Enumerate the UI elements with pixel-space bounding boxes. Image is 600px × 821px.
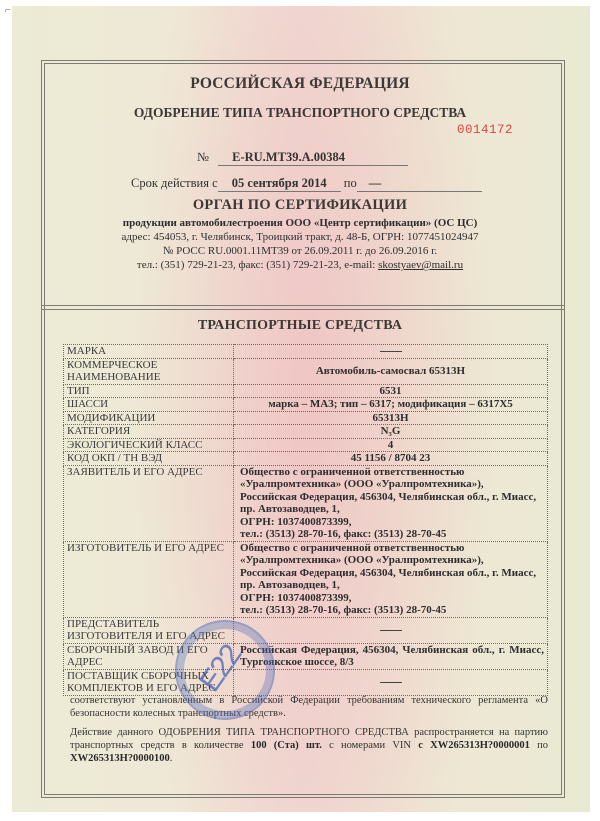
row-label: ПОСТАВЩИК СБОРОЧНЫХ КОМПЛЕКТОВ И ЕГО АДР… [64,669,234,695]
value-line: тел.: (3513) 28-70-16, факс: (3513) 28-7… [240,604,544,617]
empty-dash [380,351,402,352]
table-row: КОММЕРЧЕСКОЕ НАИМЕНОВАНИЕАвтомобиль-само… [64,358,548,384]
row-label: СБОРОЧНЫЙ ЗАВОД И ЕГО АДРЕС [64,643,234,669]
approval-number: E-RU.MT39.A.00384 [218,150,408,166]
table-row: МАРКА [64,345,548,359]
row-value: 45 1156 / 8704 23 [234,452,548,466]
table-row: ПОСТАВЩИК СБОРОЧНЫХ КОМПЛЕКТОВ И ЕГО АДР… [64,669,548,695]
number-label: № [197,150,215,165]
row-label: ЗАЯВИТЕЛЬ И ЕГО АДРЕС [64,465,234,541]
certification-body-title: ОРГАН ПО СЕРТИФИКАЦИИ [0,197,600,214]
value-line: пр. Автозаводцев, 1, [240,579,544,592]
certification-body-accreditation: № РОСС RU.0001.11МТ39 от 26.09.2011 г. д… [0,245,600,258]
value-line: Общество с ограниченной ответственностью [240,542,544,555]
contacts-text: тел.: (351) 729-21-23, факс: (351) 729-2… [137,259,378,271]
table-row: ПРЕДСТАВИТЕЛЬ ИЗГОТОВИТЕЛЯ И ЕГО АДРЕС [64,617,548,643]
row-value: Российская Федерация, 456304, Челябинска… [234,643,548,669]
vehicle-spec-table: МАРКАКОММЕРЧЕСКОЕ НАИМЕНОВАНИЕАвтомобиль… [63,344,548,696]
extent-to: по [530,740,548,751]
row-value: марка – МАЗ; тип – 6317; модификация – 6… [234,398,548,412]
table-row: ТИП6531 [64,384,548,398]
table-row: СБОРОЧНЫЙ ЗАВОД И ЕГО АДРЕСРоссийская Фе… [64,643,548,669]
row-label: КАТЕГОРИЯ [64,425,234,439]
validity-label: Срок действия с [131,176,218,190]
email-link[interactable]: skostyaev@mail.ru [378,259,463,271]
row-value [234,345,548,359]
vehicles-section-title: ТРАНСПОРТНЫЕ СРЕДСТВА [0,318,600,334]
extent-middle: с номерами VIN [322,740,418,751]
certification-body-name: продукции автомобилестроения ООО «Центр … [0,217,600,230]
row-label: ШАССИ [64,398,234,412]
quantity: 100 (Ста) шт. [251,740,322,751]
row-label: МАРКА [64,345,234,359]
row-label: ПРЕДСТАВИТЕЛЬ ИЗГОТОВИТЕЛЯ И ЕГО АДРЕС [64,617,234,643]
conformity-statement: соответствуют установленным в Российской… [70,694,548,720]
table-row: ЭКОЛОГИЧЕСКИЙ КЛАСС4 [64,438,548,452]
table-row: МОДИФИКАЦИИ65313Н [64,411,548,425]
validity-to-label: по [344,176,357,190]
value-line: пр. Автозаводцев, 1, [240,503,544,516]
value-line: ОГРН: 1037400873399, [240,592,544,605]
approval-number-line: № E-RU.MT39.A.00384 [197,150,408,166]
table-row: ЗАЯВИТЕЛЬ И ЕГО АДРЕСОбщество с ограниче… [64,465,548,541]
value-line: Общество с ограниченной ответственностью [240,466,544,479]
empty-dash [380,630,402,631]
row-value: Общество с ограниченной ответственностью… [234,541,548,617]
row-value [234,617,548,643]
row-value: 4 [234,438,548,452]
row-value: 6531 [234,384,548,398]
value-line: «Уралпромтехника» (ООО «Уралпромтехника»… [240,554,544,567]
table-row: КОД ОКП / ТН ВЭД45 1156 / 8704 23 [64,452,548,466]
extent-suffix: . [170,753,173,764]
value-line: ОГРН: 1037400873399, [240,516,544,529]
document-title: ОДОБРЕНИЕ ТИПА ТРАНСПОРТНОГО СРЕДСТВА [0,105,600,121]
row-value: 65313Н [234,411,548,425]
row-value: Автомобиль-самосвал 65313Н [234,358,548,384]
extent-statement: Действие данного ОДОБРЕНИЯ ТИПА ТРАНСПОР… [70,726,548,765]
country-heading: РОССИЙСКАЯ ФЕДЕРАЦИЯ [0,75,600,93]
validity-line: Срок действия с05 сентября 2014 по— [131,176,482,192]
validity-from: 05 сентября 2014 [218,176,341,192]
serial-number: 0014172 [457,123,513,137]
certification-body-address: адрес: 454053, г. Челябинск, Троицкий тр… [0,231,600,244]
vin-from: с XW265313H?0000001 [418,740,530,751]
validity-to: — [357,176,482,192]
row-value: N₃G [234,425,548,439]
certification-body-contacts: тел.: (351) 729-21-23, факс: (351) 729-2… [0,259,600,272]
row-label: ЭКОЛОГИЧЕСКИЙ КЛАСС [64,438,234,452]
row-label: ИЗГОТОВИТЕЛЬ И ЕГО АДРЕС [64,541,234,617]
row-label: КОД ОКП / ТН ВЭД [64,452,234,466]
row-label: МОДИФИКАЦИИ [64,411,234,425]
value-line: тел.: (3513) 28-70-16, факс: (3513) 28-7… [240,528,544,541]
value-line: Российская Федерация, 456304, Челябинска… [240,491,544,504]
corner-mark: ⌐ [5,5,11,16]
row-label: КОММЕРЧЕСКОЕ НАИМЕНОВАНИЕ [64,358,234,384]
vin-to: XW265313H?0000100 [70,753,170,764]
table-row: КАТЕГОРИЯN₃G [64,425,548,439]
row-label: ТИП [64,384,234,398]
value-line: Российская Федерация, 456304, Челябинска… [240,567,544,580]
row-value: Общество с ограниченной ответственностью… [234,465,548,541]
section-divider [41,305,565,310]
value-line: «Уралпромтехника» (ООО «Уралпромтехника»… [240,478,544,491]
row-value [234,669,548,695]
table-row: ИЗГОТОВИТЕЛЬ И ЕГО АДРЕСОбщество с огран… [64,541,548,617]
table-row: ШАССИмарка – МАЗ; тип – 6317; модификаци… [64,398,548,412]
empty-dash [380,682,402,683]
